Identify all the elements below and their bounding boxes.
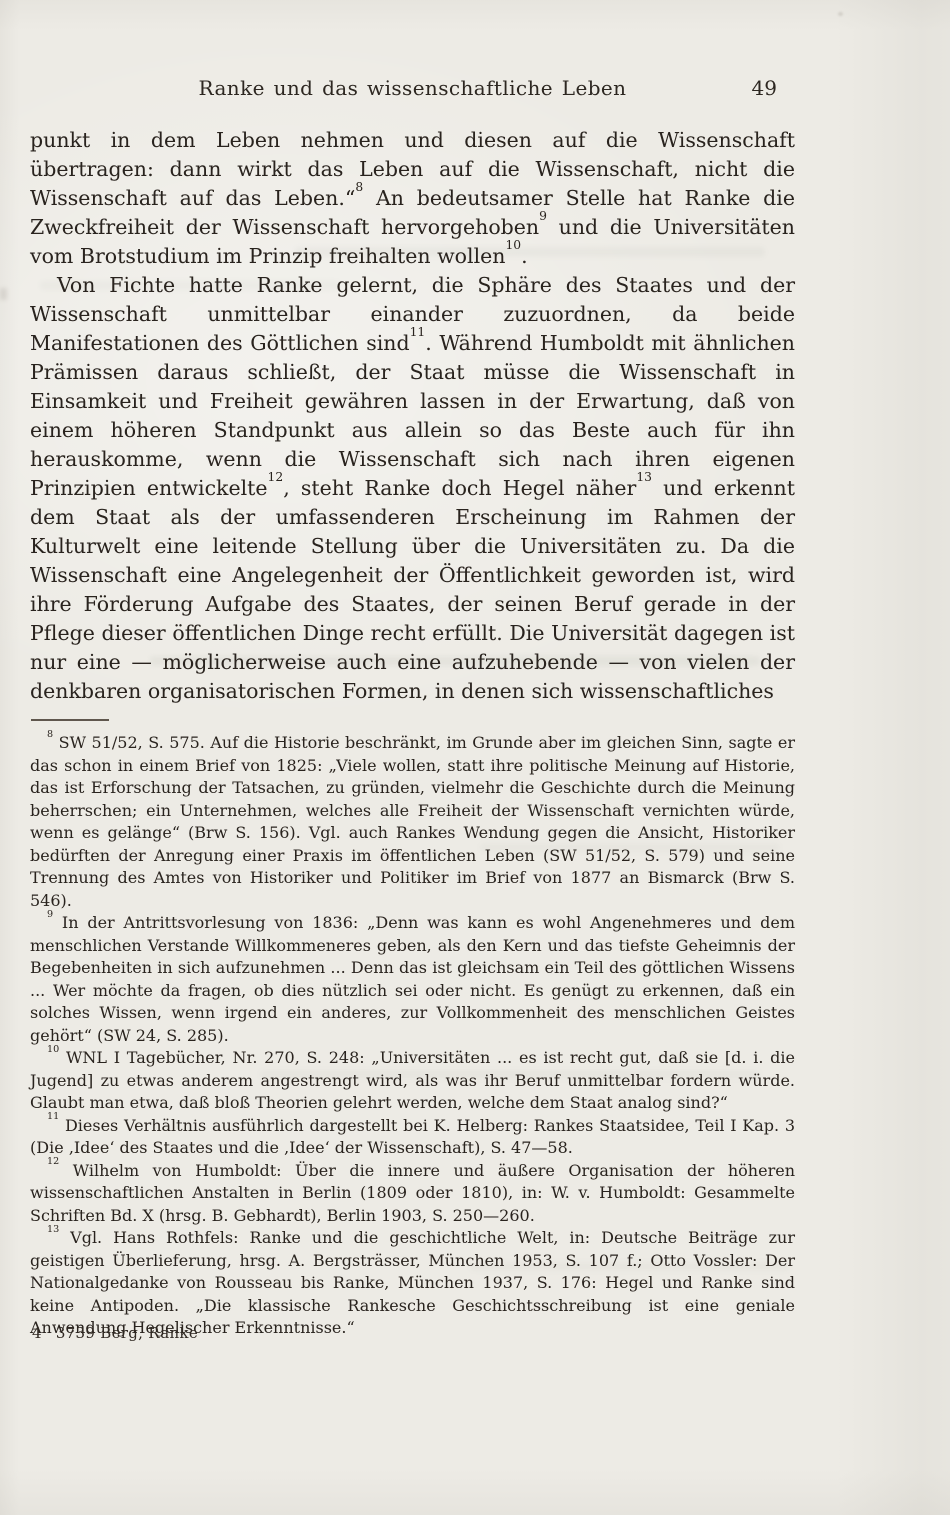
footnote-reference: 8 [47, 729, 53, 740]
paper-speck [838, 12, 843, 16]
footnote-reference: 12 [47, 1156, 59, 1167]
footnote-reference: 9 [539, 209, 547, 223]
footnote-item: 12 Wilhelm von Humboldt: Über die innere… [30, 1160, 795, 1228]
footnote-reference: 11 [410, 325, 426, 339]
body-paragraph: Von Fichte hatte Ranke gelernt, die Sphä… [30, 271, 795, 706]
signature-text: 3739 Berg, Ranke [56, 1324, 198, 1342]
footnote-reference: 13 [47, 1224, 59, 1235]
footnote-separator-rule [31, 719, 109, 721]
text-column: Ranke und das wissenschaftliche Leben 49… [30, 76, 795, 1340]
footnote-reference: 11 [47, 1111, 59, 1122]
footnote-item: 8 SW 51/52, S. 575. Auf die Historie bes… [30, 732, 795, 912]
printer-signature-line: 43739 Berg, Ranke [32, 1324, 198, 1342]
footnotes-block: 8 SW 51/52, S. 575. Auf die Historie bes… [30, 732, 795, 1340]
footnote-item: 9 In der Antrittsvorlesung von 1836: „De… [30, 912, 795, 1047]
signature-number: 4 [32, 1324, 42, 1342]
footnote-reference: 9 [47, 909, 53, 920]
footnote-reference: 10 [505, 238, 521, 252]
body-text: punkt in dem Leben nehmen und diesen auf… [30, 126, 795, 706]
footnote-reference: 8 [355, 180, 363, 194]
scanned-book-page: Ranke und das wissenschaftliche Leben 49… [0, 0, 950, 1515]
footnote-reference: 10 [47, 1044, 59, 1055]
body-paragraph: punkt in dem Leben nehmen und diesen auf… [30, 126, 795, 271]
page-header: Ranke und das wissenschaftliche Leben 49 [30, 76, 795, 102]
footnote-item: 11 Dieses Verhältnis ausführlich dargest… [30, 1115, 795, 1160]
paper-speck [0, 288, 7, 300]
page-number: 49 [752, 76, 777, 100]
footnote-item: 10 WNL I Tagebücher, Nr. 270, S. 248: „U… [30, 1047, 795, 1115]
footnote-reference: 12 [268, 470, 284, 484]
footnote-reference: 13 [636, 470, 652, 484]
footnote-item: 13 Vgl. Hans Rothfels: Ranke und die ges… [30, 1227, 795, 1340]
running-title: Ranke und das wissenschaftliche Leben [30, 76, 795, 100]
